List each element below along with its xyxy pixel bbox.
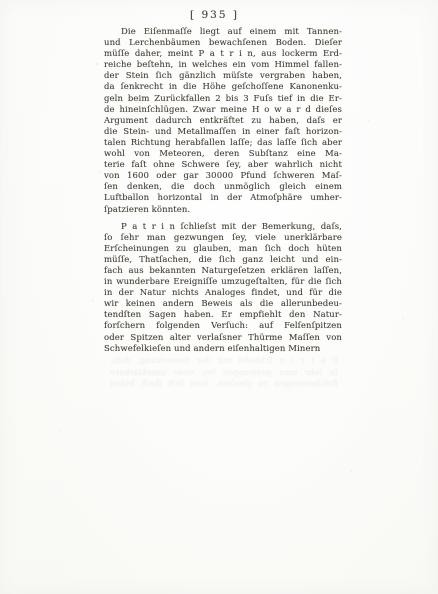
text-line: de hineinſchlügen. Zwar meine H o w a r … bbox=[104, 105, 342, 116]
text-line: terie faſt ohne Schwere ſey, aber wahrli… bbox=[104, 160, 342, 171]
text-line: müſſe daher, meint P a t r i n, aus lock… bbox=[104, 49, 342, 60]
text-line: Schwefelkieſen und andern eiſenhaltigen … bbox=[104, 344, 342, 355]
text-line: P a t r i n ſchlieſst mit der Bemerkung,… bbox=[104, 222, 342, 233]
text-line: da ſenkrecht in die Höhe geſchoſſene Kan… bbox=[104, 82, 342, 93]
text-line: reiche beſtehn, in welches ein vom Himme… bbox=[104, 60, 342, 71]
text-line: Die Eiſenmaſſe liegt auf einem mit Tanne… bbox=[104, 27, 342, 38]
text-line: Erſcheinungen zu glauben, man ſich doch … bbox=[104, 244, 342, 255]
text-line: geln beim Zurückfallen 2 bis 3 Fuſs tief… bbox=[104, 94, 342, 105]
text-line: ſpatzieren könnten. bbox=[104, 205, 342, 216]
text-line: talen Richtung herabfallen laſſe; das la… bbox=[104, 138, 342, 149]
text-line: tendſten Sagen haben. Er empfiehlt den N… bbox=[104, 310, 342, 321]
text-line: wohl von Meteoren, deren Subſtanz eine M… bbox=[104, 149, 342, 160]
text-line: wir keinen andern Beweis als die allerun… bbox=[104, 299, 342, 310]
ink-bleed-through: P a t r i n ſchlieſst mit der Bemerkung,… bbox=[110, 356, 338, 391]
text-line: müſſe, Thatſachen, die ſich ganz leicht … bbox=[104, 255, 342, 266]
text-line: Argument dadurch entkräftet zu haben, da… bbox=[104, 116, 342, 127]
body-text: Die Eiſenmaſſe liegt auf einem mit Tanne… bbox=[104, 27, 342, 355]
text-line: Luftballon horizontal in der Atmoſphäre … bbox=[104, 193, 342, 204]
text-line: der Stein ſich gänzlich müſste vergraben… bbox=[104, 71, 342, 82]
bleed-through-line: ſo ſehr man gezwungen ſey, viele unerklä… bbox=[110, 368, 338, 380]
paragraph: Die Eiſenmaſſe liegt auf einem mit Tanne… bbox=[104, 27, 342, 216]
text-line: in wunderbare Ereigniſſe umzugeſtalten, … bbox=[104, 277, 342, 288]
text-line: oder Spitzen alter verlaſsner Thürme Maſ… bbox=[104, 333, 342, 344]
text-line: ſen denken, die doch unmöglich gleich ei… bbox=[104, 182, 342, 193]
bleed-through-line: P a t r i n ſchlieſst mit der Bemerkung,… bbox=[110, 356, 338, 368]
paper-specks bbox=[0, 0, 2, 2]
paragraph: P a t r i n ſchlieſst mit der Bemerkung,… bbox=[104, 222, 342, 355]
text-line: forſchern folgenden Verſuch: auf Felſenſ… bbox=[104, 321, 342, 332]
text-line: und Lerchenbäumen bewachſenen Boden. Die… bbox=[104, 38, 342, 49]
bleed-through-line: Erſcheinungen zu glauben, man ſich doch … bbox=[110, 379, 338, 391]
scanned-page: [ 935 ] Die Eiſenmaſſe liegt auf einem m… bbox=[0, 0, 438, 594]
text-line: die Stein- und Metallmaſſen in einer faſ… bbox=[104, 127, 342, 138]
text-line: ſo ſehr man gezwungen ſey, viele unerklä… bbox=[104, 233, 342, 244]
text-line: fach aus bekannten Naturgeſetzen erkläre… bbox=[104, 266, 342, 277]
text-line: von 1600 oder gar 30000 Pfund ſchweren M… bbox=[104, 171, 342, 182]
page-number: [ 935 ] bbox=[96, 9, 333, 21]
text-line: in der Natur nichts Analoges findet, und… bbox=[104, 288, 342, 299]
